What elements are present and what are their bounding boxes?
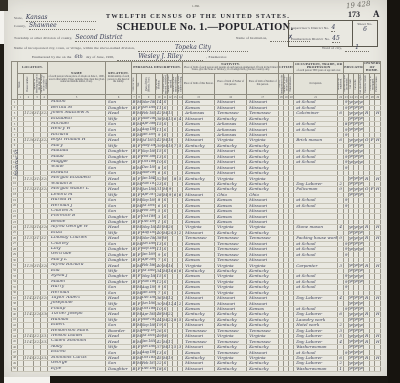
column-header: Number of years married. (168, 74, 173, 95)
column-header: RELATION.Relationship of each person to … (106, 62, 132, 95)
column-header: Months not employed. (338, 74, 344, 95)
institution-value: ✗ (270, 34, 310, 42)
census-table: LOCATION.NAMEof each person whose place … (11, 61, 381, 372)
column-header: Owned free or mortgaged. (370, 74, 375, 95)
supervisor-district-value: 4 (331, 24, 335, 32)
column-header: Mother of how many children. (173, 74, 178, 95)
enumerated-label-1: Enumerated by me on the (32, 55, 71, 59)
schedule-title: SCHEDULE No. 1.—POPULATION. (100, 22, 310, 33)
enumerator-field: Enumerated by me on the 6th day of June,… (32, 53, 227, 61)
township-field: Township or other division of county, Se… (14, 34, 195, 42)
city-label: Name of incorporated city, town, or vill… (14, 47, 135, 50)
column-header: NATIVITY.Place of birth of each person a… (183, 62, 279, 74)
enumeration-district-value: 45 (332, 35, 340, 43)
form-number: 1-366. (192, 4, 200, 8)
column-header: Place of birth of Mother of this person. (247, 74, 279, 95)
institution-label: Name of Institution, (236, 36, 267, 40)
scan-edge-bottom (50, 376, 388, 383)
document-page: 1-366. 19 428 TWELFTH CENSUS OF THE UNIT… (4, 0, 388, 377)
column-header: Place of birth of this Person. (183, 74, 215, 95)
scan-corner-mark (0, 0, 8, 11)
column-header: Attended school (in months). (344, 74, 349, 95)
sheet-value: 6 (353, 26, 377, 33)
city-value: Topeka City (138, 44, 248, 52)
column-header: Number of family in the order of visitat… (41, 74, 48, 95)
column-header: OCCUPATION, TRADE, OR PROFESSIONof each … (294, 62, 344, 74)
column-header: Number of these children living. (178, 74, 183, 95)
street-name: Monroe St. (14, 148, 20, 176)
sheet-number: Sheet No. 6 (353, 21, 377, 46)
city-field: Name of incorporated city, town, or vill… (14, 44, 248, 52)
supervisor-district-label: Supervisor's District No. (291, 26, 329, 30)
column-header: House number. (24, 74, 34, 95)
page-number: 173 (348, 10, 360, 19)
column-header: Number of dwelling-house in the order of… (34, 74, 41, 95)
enumerator-name: Wesley J. Riley (117, 53, 203, 61)
township-value: Second District (75, 34, 195, 42)
state-label: State, (14, 16, 23, 20)
table-row: 50EffieDaughterBFDec 188118SMissouriKent… (12, 366, 381, 371)
institution-field: Name of Institution, ✗ (236, 34, 310, 42)
page-letter: A (373, 9, 380, 19)
enumeration-day: 6th (74, 54, 82, 60)
township-label: Township or other division of county, (14, 36, 72, 40)
column-header: Occupation. (294, 74, 338, 95)
county-label: County, (14, 24, 26, 28)
scan-edge-left (0, 44, 4, 383)
column-header: Number of years in the United States. (284, 74, 289, 95)
state-field: State, Kansas (14, 14, 96, 22)
column-header: OWNERSHIP OF HOME. (364, 62, 381, 74)
enumerated-label-2: day of June, 1900, (86, 55, 115, 59)
column-header: CITIZENSHIP. (279, 62, 294, 74)
column-header: Whether single, married, widowed, or div… (163, 74, 168, 95)
census-title: TWELFTH CENSUS OF THE UNITED STATES. (70, 13, 326, 20)
table-row: 261137317327Lindsay CharlesHeadBMMar 186… (12, 236, 381, 241)
scanned-census-page: 1-366. 19 428 TWELFTH CENSUS OF THE UNIT… (0, 0, 400, 383)
enumerator-label: , Enumerator. (206, 55, 227, 59)
column-header: LOCATION. (18, 62, 48, 74)
column-header: Age at last birthday. (156, 74, 163, 95)
column-header: Year of immigration to the United States… (279, 74, 284, 95)
column-header: Farm or house. (375, 74, 381, 95)
scan-edge-right (387, 0, 400, 383)
ward-label: Ward of city, (322, 46, 342, 50)
ward-field: Ward of city, 1 (322, 44, 369, 52)
ward-value: 1 (345, 44, 369, 52)
column-header: Date of Birth (Month, Year). (142, 74, 156, 95)
column-header: EDUCATION. (344, 62, 364, 74)
state-value: Kansas (26, 14, 96, 22)
column-header: Place of birth of Father of this person. (215, 74, 247, 95)
column-header: PERSONAL DESCRIPTION. (132, 62, 183, 74)
county-value: Shawnee (29, 22, 95, 30)
column-header: NAMEof each person whose place of abode … (48, 62, 106, 95)
county-field: County, Shawnee (14, 22, 95, 30)
pencil-annotation: 19 428 (346, 0, 371, 10)
